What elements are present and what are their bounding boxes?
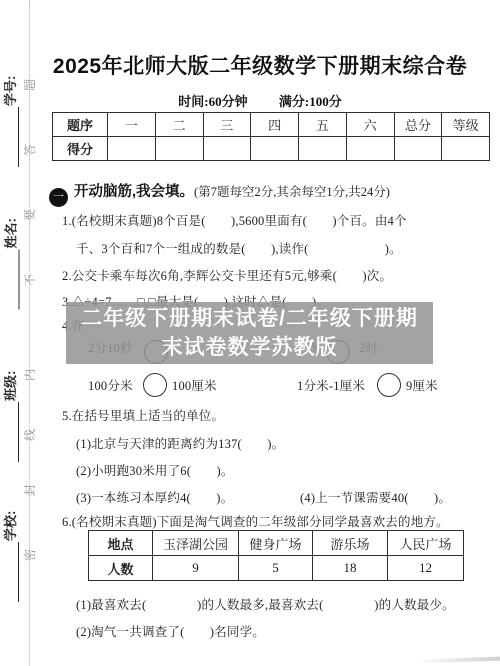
school-text: 学校: (3, 511, 19, 541)
class-text: 班级: (3, 371, 19, 401)
survey-table-cell: 游乐场 (313, 531, 388, 556)
question-5-sub-1: (1)北京与天津的距离约为137( )。 (76, 434, 284, 452)
score-table-cell: 六 (346, 113, 394, 137)
seal-char: 封 (23, 483, 37, 497)
score-table-cell (442, 137, 490, 161)
score-table-cell: 得分 (53, 137, 108, 161)
student-name-label: 姓名: (4, 185, 20, 310)
watermark-overlay: 二年级下册期末试卷/二年级下册期 末试卷数学苏教版 (66, 302, 433, 364)
exam-meta: 时间:60分钟 满分:100分 (50, 91, 470, 110)
score-table-cell (346, 137, 394, 161)
score-table-cell: 题序 (53, 113, 108, 137)
score-table-cell (251, 137, 299, 161)
score-table-cell (108, 137, 156, 161)
comparison-circle (377, 373, 401, 397)
seal-dotted-line (29, 0, 30, 666)
comparison-circle (143, 373, 167, 397)
section-one-header: 一开动脑筋,我会填。(第7题每空2分,其余每空1分,共24分) (49, 180, 390, 207)
score-table-cell (299, 137, 347, 161)
seal-char: 不 (23, 273, 37, 287)
class-label: 班级: (3, 348, 19, 462)
survey-table: 地点 玉泽湖公园 健身广场 游乐场 人民广场 人数 9 5 18 12 (88, 530, 464, 581)
score-table-cell: 一 (108, 113, 156, 137)
survey-table-place-row: 地点 玉泽湖公园 健身广场 游乐场 人民广场 (89, 531, 464, 556)
comparison-text: 100厘米 (172, 376, 217, 394)
question-1-line-2: 千、3个百和7个一组成的数是( ),读作( )。 (76, 239, 402, 257)
section-number-badge: 一 (49, 188, 68, 207)
score-table-cell (155, 137, 203, 161)
seal-char: 线 (23, 428, 37, 442)
school-label: 学校: (3, 478, 19, 602)
survey-table-cell: 5 (239, 556, 313, 581)
survey-table-cell: 12 (388, 556, 464, 581)
watermark-line-1: 二年级下册期末试卷/二年级下册期 (81, 304, 418, 333)
score-table-cell: 总分 (394, 113, 442, 137)
score-table-cell: 二 (155, 113, 203, 137)
student-name-text: 姓名: (4, 218, 20, 248)
question-5: 5.在括号里填上适当的单位。 (62, 406, 224, 424)
question-2: 2.公交卡乘车每次6角,李辉公交卡里还有5元,够乘( )次。 (62, 266, 392, 284)
score-table-cell (203, 137, 251, 161)
score-table-cell: 四 (251, 113, 299, 137)
score-table-score-row: 得分 (53, 137, 490, 161)
question-1-line-1: 1.(名校期末真题)8个百是( ),5600里面有( )个百。由4个 (62, 211, 407, 229)
exam-title: 2025年北师大版二年级数学下册期末综合卷 (50, 50, 470, 80)
question-6-sub-2: (2)淘气一共调查了( )名同学。 (76, 622, 265, 640)
student-id-text: 学号: (3, 76, 19, 106)
comparison-row-2: 100分米 100厘米 1分米-1厘米 9厘米 (88, 376, 468, 396)
score-table-cell: 五 (299, 113, 347, 137)
score-table: 题序 一 二 三 四 五 六 总分 等级 得分 (52, 112, 490, 161)
question-6-sub-1: (1)最喜欢去( )的人数最多,最喜欢去( )的人数最少。 (76, 595, 455, 613)
question-5-sub-2: (2)小明跑30米用了6( )。 (76, 461, 234, 479)
comparison-text: 9厘米 (406, 376, 438, 394)
section-title: 开动脑筋,我会填。 (74, 184, 194, 200)
survey-table-cell: 健身广场 (239, 531, 313, 556)
survey-table-cell: 18 (313, 556, 388, 581)
question-6: 6.(名校期末真题)下面是淘气调查的二年级部分同学最喜欢去的地方。 (62, 512, 449, 530)
seal-char: 题 (23, 78, 37, 92)
student-id-label: 学号: (3, 47, 19, 167)
score-table-cell (394, 137, 442, 161)
watermark-line-2: 末试卷数学苏教版 (162, 333, 338, 362)
student-name-blank (8, 250, 20, 310)
seal-char: 内 (23, 368, 37, 382)
exam-full-score: 满分:100分 (279, 94, 342, 109)
survey-table-cell: 人民广场 (388, 531, 464, 556)
comparison-text: 100分米 (88, 376, 133, 394)
survey-table-cell: 人数 (89, 556, 153, 581)
scan-edge-shadow (415, 656, 500, 663)
survey-table-count-row: 人数 9 5 18 12 (89, 556, 464, 581)
survey-table-cell: 地点 (89, 531, 153, 556)
student-id-blank (7, 107, 19, 167)
exam-time: 时间:60分钟 (178, 94, 247, 109)
class-blank (7, 402, 19, 462)
comparison-text: 1分米-1厘米 (297, 376, 365, 394)
question-5-sub-3: (3)一本练习本厚约4( )。 (76, 488, 233, 506)
seal-char: 要 (23, 208, 37, 222)
seal-char: 密 (23, 548, 37, 562)
school-blank (7, 542, 19, 602)
survey-table-cell: 玉泽湖公园 (153, 531, 239, 556)
question-5-sub-4: (4)上一节课需要40( )。 (300, 488, 451, 506)
score-table-cell: 等级 (442, 113, 490, 137)
survey-table-cell: 9 (153, 556, 239, 581)
seal-char: 答 (23, 143, 37, 157)
score-table-header-row: 题序 一 二 三 四 五 六 总分 等级 (53, 113, 490, 137)
section-note: (第7题每空2分,其余每空1分,共24分) (194, 185, 390, 199)
score-table-cell: 三 (203, 113, 251, 137)
